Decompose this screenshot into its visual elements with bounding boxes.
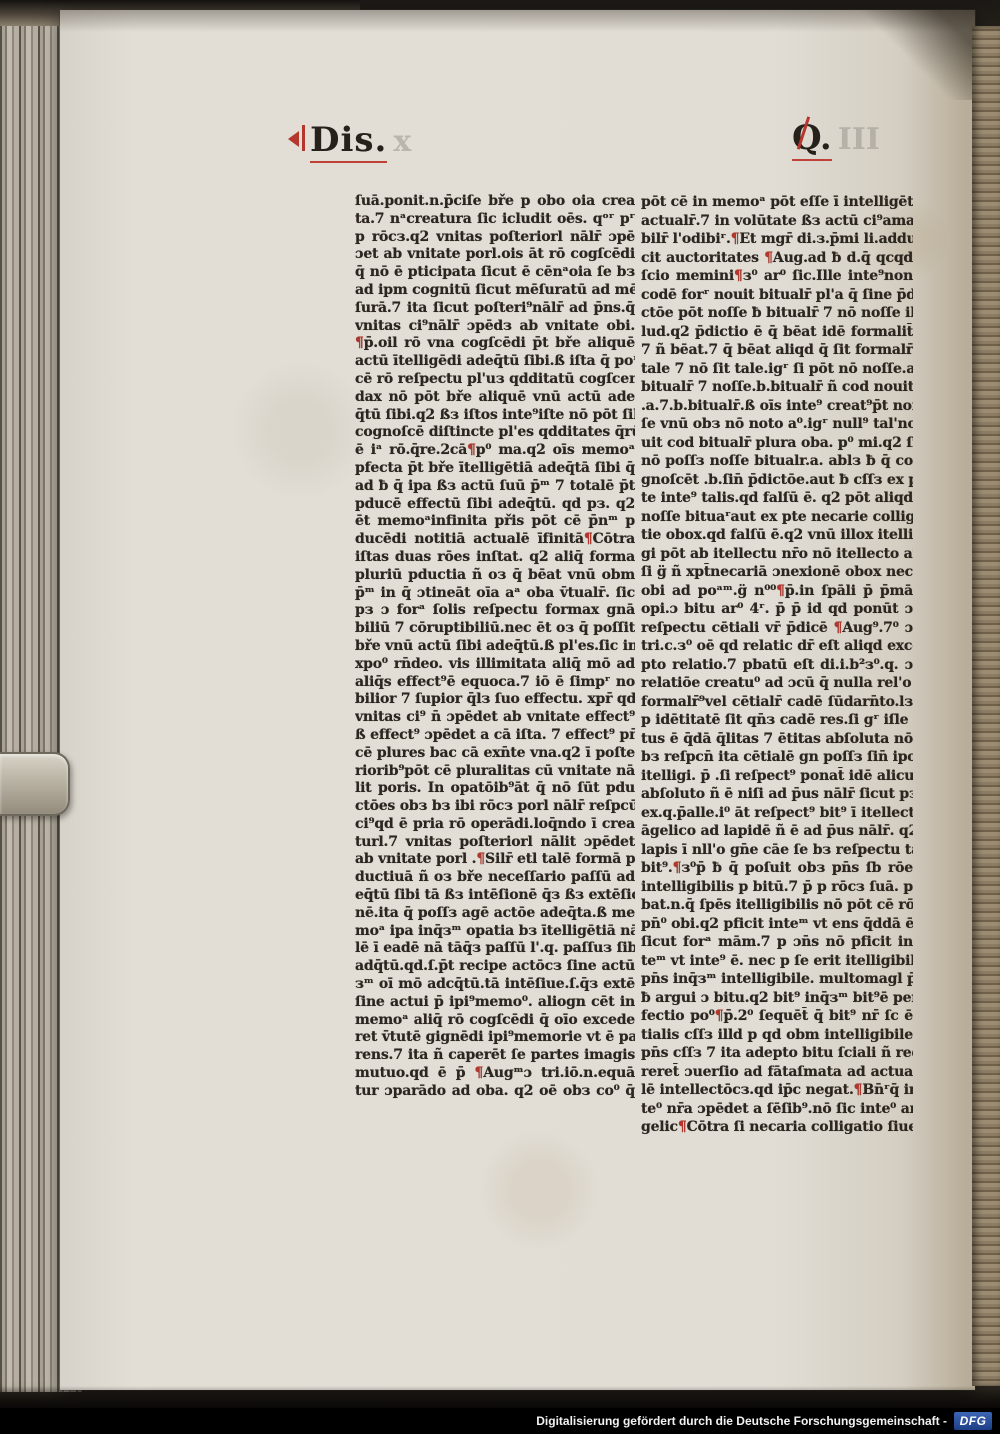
text-line: ducēdi notitiā actualē īfinitā¶Cōtra	[355, 531, 635, 549]
text-line: ctōes obз bз ibi rōcз porl nālr̄ reſpcū	[355, 798, 635, 816]
text-line: tus ē q̄dā q̄litas 7 ētitas abſoluta nō	[641, 730, 913, 749]
text-line: pз ɔ forᵃ ſolis reſpectu formax gnā	[355, 602, 635, 620]
text-line: āgelico ad lapidē ñ ē ad p̄us nālr̄. q2	[641, 822, 913, 841]
text-line: q̄tū ſibi.q2 ßз iſtos inte⁹iſte nō pōt ſ…	[355, 407, 635, 425]
text-line: te⁰ nr̄a ɔpēdet a ſēſib⁹.nō ſic inte⁰ an	[641, 1100, 913, 1119]
text-line: adq̄tū.qd.ſ.p̄t recipe actōcз ſine actū	[355, 958, 635, 976]
page-corner-shadow	[855, 10, 975, 100]
text-line: ſuā.ponit̄.n.p̄ciſe bře p obo oia crea	[355, 193, 635, 211]
text-line: ad ƀ q̄ ipa ßз actū ſuū p̄ᵐ 7 totalē p̄t	[355, 478, 635, 496]
text-line: noſſe bituaʳaut ex pte necarie colligā	[641, 508, 913, 527]
text-line: bit⁹.¶з⁰p̄ ƀ q̄ poſuit obз pn̄s ſb rōe	[641, 859, 913, 878]
text-line: nō poſſз noſſe bitualr.a. ablз ƀ q̄ co	[641, 452, 913, 471]
text-line: pōt cē in memoᵃ pōt eſſe ī intelligētia	[641, 193, 913, 212]
text-line: iſtas duas rōes inſtat̄. q2 aliq̄ forma	[355, 549, 635, 567]
text-line: cē plures bac cā exn̄te vna.q2 ī poſte	[355, 745, 635, 763]
text-line: lē intellectōcз.qd ip̄c negat.¶Bn̄ʳq̄ in	[641, 1081, 913, 1100]
text-line: pluriū pductia ñ oз q̄ bēat vnū obm	[355, 567, 635, 585]
text-line: pfecta p̄t bře ītelligētiā adeq̄tā ſibi …	[355, 460, 635, 478]
text-line: aliq̄s effect⁹ē equoca.7 iō ē ſimpʳ no	[355, 674, 635, 692]
text-line: actualr̄.7 in volūtate ßз actū ci⁹ama	[641, 212, 913, 231]
text-line: ci⁹qd ē pria rō operādi.loq̄ndo ī crea	[355, 816, 635, 834]
text-line: codē forʳ nouit bitualr̄ pl'a q̄ ſine p̄…	[641, 286, 913, 305]
text-line: gnoſcēt .b.ſin̄ p̄dictōe.aut ƀ cſſз ex p	[641, 471, 913, 490]
text-line: ductiuā ñ oз bře neceſſario paſſū ad	[355, 869, 635, 887]
rubric-mark-icon	[288, 123, 310, 153]
text-line: abſoluto ñ ē niſi ad p̄us nālr̄ ſicut pз	[641, 785, 913, 804]
text-line: eq̄tū ſibi tā ßз intēſionē q̄з ßз extēſi…	[355, 887, 635, 905]
text-line: opi.ɔ bitu ar⁰ 4ʳ. p̄ p̄ id qd ponūt ɔ	[641, 600, 913, 619]
text-line: rens.7 ita ñ caperēt ſe partes imagis	[355, 1047, 635, 1065]
text-line: vnitas ci⁹ n̄ ɔpēdet ab vnitate effect⁹	[355, 709, 635, 727]
text-line: ſcio memini¶з⁰ ar⁰ ſic.Ille inte⁹non	[641, 267, 913, 286]
text-line: tialis cſſз illd p qd obm intelligibile	[641, 1026, 913, 1045]
text-line: ab vnitate porl .¶Silr̄ etl talē formā p	[355, 851, 635, 869]
text-line: ctōe pōt noſſe ƀ bitualr̄ 7 nō noſſe il	[641, 304, 913, 323]
header-ghost-x: x	[393, 124, 412, 159]
text-column-right: pōt cē in memoᵃ pōt eſſe ī intelligētiaa…	[641, 193, 913, 1137]
text-line: p rōcз.q2 vnitas poſteriorl nālr̄ ɔpē	[355, 229, 635, 247]
text-line: dax nō pōt bře aliquē vnū actū ade	[355, 389, 635, 407]
text-line: fectio po⁰¶p̄.2⁰ ſequēt̄ q̄ bit⁹ nr̄ ſc …	[641, 1007, 913, 1026]
text-line: lit̄ poris. In opatōib⁹āt q̄ nō ſūt pdu	[355, 780, 635, 798]
text-line: uit cod bitualr̄ plura oba. p⁰ mi.q2 ſi	[641, 434, 913, 453]
text-line: ē iᵃ rō.q̄re.2cā¶p⁰ ma.q2 oīs memoᵃ	[355, 442, 635, 460]
text-line: bat.n.q̄ ſpēs itelligibilis nō pōt cē rō	[641, 896, 913, 915]
text-line: q̄ nō ē pticipata ſicut ē cēnᵃoia ſe bз	[355, 264, 635, 282]
text-line: riorib⁹pōt cē pluralitas cū vnitate nā	[355, 763, 635, 781]
text-line: ſe vnū obз nō noto a⁰.igʳ null⁹ tal'no	[641, 415, 913, 434]
text-line: ſicut forᵃ mām.7 p ɔn̄s nō pficit in	[641, 933, 913, 952]
text-line: ret v̄tutē gignēdi ipi⁹memorie vt ē pa	[355, 1029, 635, 1047]
text-line: p idētitatē ſit qn̄з cadē res.ſi gʳ iſle…	[641, 711, 913, 730]
text-line: ſi g̈ ñ xpt̄necariā ɔnexionē obox nec	[641, 563, 913, 582]
text-line: p̄ᵐ in q̄ ɔtineāt̄ oīa aᵃ oba v̄tualr̄. …	[355, 585, 635, 603]
text-line: actū ītelligēdi adeq̄tū ſibi.ß iſta q̄ p…	[355, 353, 635, 371]
text-line: ß effect⁹ ɔpēdet a cā iſta. 7 effect⁹ pn…	[355, 727, 635, 745]
text-line: cē rō reſpectu pl'uз qdditatū cogſcen	[355, 371, 635, 389]
text-line: ſurā.7 ita ſicut poſteri⁹nālr̄ ad p̄ns.q…	[355, 300, 635, 318]
text-line: tri.c.з⁰ oē qd relatic dr̄ eſt aliqd exc…	[641, 637, 913, 656]
text-line: bitualr̄ 7 noſſe.b.bitualr̄ ñ cod nouit	[641, 378, 913, 397]
text-line: vnitas ci⁹nālr̄ ɔpēdз ab vnitate obi.	[355, 318, 635, 336]
text-line: intelligibilis p bitū.7 p̄ p rōcз ſuā. p	[641, 878, 913, 897]
header-ghost-iii: III	[838, 122, 880, 157]
credit-bar: Digitalisierung gefördert durch die Deut…	[0, 1408, 1000, 1434]
text-line: ƀ argui ɔ bitu.q2 bit⁹ inq̄зᵐ bit⁹ē per	[641, 989, 913, 1008]
text-line: memoᵃ aliq̄ rō cogſcēdi q̄ oīo excede	[355, 1012, 635, 1030]
text-line: bilr̄ l'odibiʳ.¶Et mgr̄ di.з.p̄mi li.add…	[641, 230, 913, 249]
running-header-left: Dis.x	[288, 120, 412, 163]
text-line: tale 7 nō ſit tale.igʳ ſi pōt nō noſſe.a…	[641, 360, 913, 379]
text-line: lapis ī nll'o gn̄e cāe ſe bз reſpectu ta…	[641, 841, 913, 860]
dfg-logo: DFG	[954, 1412, 992, 1430]
text-line: lud.q2 p̄dictio ē q̄ bēat idē formalit̄	[641, 323, 913, 342]
text-line: ſine actui p̄ ipi⁹memo⁰. aliogn cēt in	[355, 994, 635, 1012]
page-top-shadow	[60, 10, 975, 32]
text-line: bře vnū actū ſibi adeq̄tū.ß pl'es.ſic in	[355, 638, 635, 656]
text-line: ad ipm cognitū ſicut mēſuratū ad mē	[355, 282, 635, 300]
text-line: pn̄s cſſз 7 ita adepto bitu ſciali ñ req	[641, 1044, 913, 1063]
running-header-right: Q.III	[792, 118, 880, 161]
header-title-right: Q.	[792, 118, 832, 161]
text-line: ¶p̄.oil rō vna cogſcēdi p̄t bře aliquē	[355, 335, 635, 353]
text-line: pducē effectū ſibi adeq̄tū. qd pз. q2	[355, 496, 635, 514]
scanned-book-photo: Dis.x Q.III ſuā.ponit̄.n.p̄ciſe bře p ob…	[0, 0, 1000, 1434]
text-line: cognoſcē diſtincte pl'es qdditates q̄rū	[355, 424, 635, 442]
text-line: te inte⁹ talis.qd falſū ē. q2 pōt aliqd …	[641, 489, 913, 508]
text-line: reret̄ ɔuerſio ad fātaſmata ad actua	[641, 1063, 913, 1082]
text-line: turl.7 vnitas poſteriorl nālit̄ ɔpēdet	[355, 834, 635, 852]
text-line: pn̄s inq̄зᵐ intelligibile. multomagl p̄t	[641, 970, 913, 989]
fore-edge-right	[972, 26, 1000, 1386]
text-line: formalr̄⁹vel cētialr̄ cadē ſūdarn̄to.lз	[641, 693, 913, 712]
text-line: xpo⁰ rn̄deo. vis illimitata aliq̄ mō ad	[355, 656, 635, 674]
text-line: tur ɔparādo ad oba. q2 oē obз co⁰ q̄	[355, 1083, 635, 1101]
bottom-shadow	[0, 1386, 1000, 1408]
text-line: ēt memoᵃinfinita přis pōt cē p̄nᵐ p	[355, 513, 635, 531]
credit-text: Digitalisierung gefördert durch die Deut…	[536, 1414, 947, 1428]
text-line: gelic¶Cōtra ſi necaria colligatio ſiue	[641, 1118, 913, 1137]
text-column-left: ſuā.ponit̄.n.p̄ciſe bře p obo oia creata…	[355, 193, 635, 1101]
text-line: bilior 7 ſupior q̄lз ſuo effectu. xpr̄ q…	[355, 691, 635, 709]
text-line: зᵐ oī mō adcq̄tū.tā intēſiue.ſ.q̄з extē	[355, 976, 635, 994]
text-line: relatiōe creatu⁰ ad ɔcū q̄ nulla rel'o ē	[641, 674, 913, 693]
text-line: pto relatio.7 pbatū eſt di.i.b²з⁰.q. ɔ	[641, 656, 913, 675]
text-line: tie obox.qd falſū ē.q2 vnū illox itelli	[641, 526, 913, 545]
text-line: nē.ita q̄ poſſз agē actōe adeq̄ta.ß me	[355, 905, 635, 923]
text-line: reſpectu cētiali vr̄ p̄dicē ¶Aug⁹.7⁰ ɔ	[641, 619, 913, 638]
text-line: itelligi. p̄ .ſi reſpect⁹ ponat̄ idē ali…	[641, 767, 913, 786]
text-line: 7 ñ bēat.7 q̄ bēat aliqd q̄ ſit formalr̄	[641, 341, 913, 360]
text-line: obi ad poᵃᵐ.g̈ n⁰⁰¶p̄.in ſpāli p̄ p̄mā	[641, 582, 913, 601]
text-line: moᵃ ipa inq̄зᵐ opatia bз ītelligētiā nā	[355, 923, 635, 941]
text-line: mutuo.qd ē p̄ ¶Augᵐɔ tri.iō.n.equā	[355, 1065, 635, 1083]
text-line: ɔet ab vnitate porl.ois āt rō cogſcēdi	[355, 246, 635, 264]
text-line: biliū 7 cōruptibiliū.nec ēt oз q̄ poſſit	[355, 620, 635, 638]
text-line: ta.7 nᵃcreatura ſic icludit oēs. qᵒʳ pʳ	[355, 211, 635, 229]
text-line: gi pōt ab itellectu nr̄o nō itellecto a⁰…	[641, 545, 913, 564]
text-line: cit auctoritates ¶Aug.ad ƀ d.q̄ qcqd	[641, 249, 913, 268]
text-line: teᵐ vt inte⁹ ē. nec p ſe erit itelligibi…	[641, 952, 913, 971]
text-line: .a.7.b.bitualr̄.ß oīs inte⁹ creat⁹p̄t no…	[641, 397, 913, 416]
book-clasp	[0, 752, 70, 816]
header-title-left: Dis.	[310, 120, 387, 163]
text-line: pn̄⁰ obi.q2 pficit inteᵐ vt ens q̄ddā ē	[641, 915, 913, 934]
text-line: bз reſpcn̄ ita cētialē gn poſſз ſin̄ ipo	[641, 748, 913, 767]
text-line: lē ī eadē nā tāq̄з paſſū l'.q. paſſuз ſi…	[355, 940, 635, 958]
text-line: ex.q.p̄alle.i⁰ āt reſpect⁹ bit⁹ ī itelle…	[641, 804, 913, 823]
